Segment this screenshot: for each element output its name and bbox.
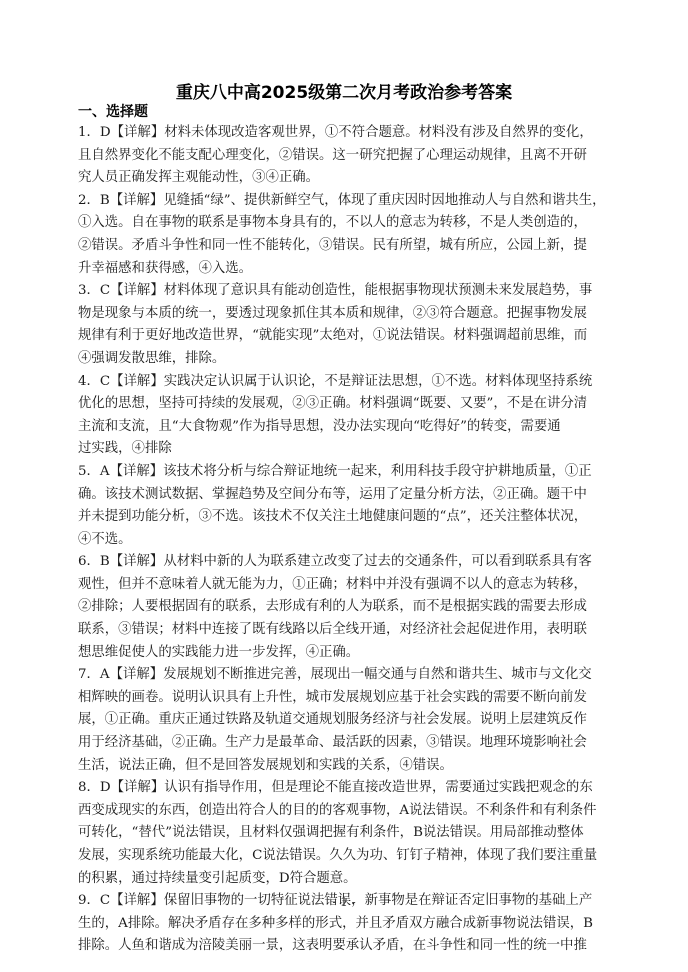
text-line: 联系，③错误；材料中连接了既有线路以后全线开通，对经济社会起促进作用，表明联 bbox=[78, 619, 618, 642]
text-line: 西变成现实的东西，创造出符合人的目的的客观事物，A说法错误。不利条件和有利条件 bbox=[78, 800, 618, 823]
document-title: 重庆八中高2025级第二次月考政治参考答案 bbox=[0, 78, 688, 103]
text-line: 5．A【详解】该技术将分析与综合辩证地统一起来，利用科技手段守护耕地质量，①正 bbox=[78, 461, 618, 484]
text-line: 升幸福感和获得感，④入选。 bbox=[78, 258, 618, 281]
text-line: 可转化，“替代”说法错误，且材料仅强调把握有利条件，B说法错误。用局部推动整体 bbox=[78, 822, 618, 845]
text-line: 4．C【详解】实践决定认识属于认识论，不是辩证法思想，①不选。材料体现坚持系统 bbox=[78, 371, 618, 394]
text-line: 1．D【详解】材料未体现改造客观世界，①不符合题意。材料没有涉及自然界的变化， bbox=[78, 122, 618, 145]
text-line: 且自然界变化不能支配心理变化，②错误。这一研究把握了心理运动规律，且离不开研 bbox=[78, 145, 618, 168]
text-line: 规律有利于更好地改造世界，“就能实现”太绝对，①说法错误。材料强调超前思维，而 bbox=[78, 325, 618, 348]
text-line: 过实践，④排除 bbox=[78, 438, 618, 461]
text-line: 展，①正确。重庆正通过铁路及轨道交通规划服务经济与社会发展。说明上层建筑反作 bbox=[78, 709, 618, 732]
text-line: 生活，说法正确，但不是回答发展规划和实践的关系，④错误。 bbox=[78, 755, 618, 778]
text-line: 相辉映的画卷。说明认识具有上升性，城市发展规划应基于社会实践的需要不断向前发 bbox=[78, 687, 618, 710]
text-line: 7．A【详解】发展规划不断推进完善，展现出一幅交通与自然和谐共生、城市与文化交 bbox=[78, 664, 618, 687]
text-line: 生的，A排除。解决矛盾存在多种多样的形式，并且矛盾双方融合成新事物说法错误，B bbox=[78, 913, 618, 936]
text-line: ④强调发散思维，排除。 bbox=[78, 348, 618, 371]
text-line: 2．B【详解】见缝插“绿”、提供新鲜空气，体现了重庆因时因地推动人与自然和谐共生… bbox=[78, 190, 618, 213]
answer-body: 1．D【详解】材料未体现改造客观世界，①不符合题意。材料没有涉及自然界的变化， … bbox=[78, 122, 618, 958]
text-line: 的积累，通过持续量变引起质变，D符合题意。 bbox=[78, 868, 618, 891]
section-heading: 一、选择题 bbox=[78, 101, 148, 121]
text-line: 物是现象与本质的统一，要透过现象抓住其本质和规律，②③符合题意。把握事物发展 bbox=[78, 303, 618, 326]
text-line: ②错误。矛盾斗争性和同一性不能转化，③错误。民有所望，城有所应，公园上新，提 bbox=[78, 235, 618, 258]
document-page: 重庆八中高2025级第二次月考政治参考答案 一、选择题 1．D【详解】材料未体现… bbox=[0, 0, 688, 972]
text-line: 并未提到功能分析，③不选。该技术不仅关注土地健康问题的“点”，还关注整体状况， bbox=[78, 506, 618, 529]
text-line: 优化的思想，坚持可持续的发展观，②③正确。材料强调“既要、又要”，不是在讲分清 bbox=[78, 393, 618, 416]
text-line: 究人员正确发挥主观能动性，③④正确。 bbox=[78, 167, 618, 190]
text-line: 发展，实现系统功能最大化，C说法错误。久久为功、钉钉子精神，体现了我们要注重量 bbox=[78, 845, 618, 868]
text-line: 8．D【详解】认识有指导作用，但是理论不能直接改造世界，需要通过实践把观念的东 bbox=[78, 777, 618, 800]
text-line: 确。该技术测试数据、掌握趋势及空间分布等，运用了定量分析方法，②正确。题干中 bbox=[78, 484, 618, 507]
text-line: 6．B【详解】从材料中新的人为联系建立改变了过去的交通条件，可以看到联系具有客 bbox=[78, 551, 618, 574]
text-line: 主流和支流，且“大食物观”作为指导思想，没办法实现向“吃得好”的转变，需要通 bbox=[78, 416, 618, 439]
text-line: ④不选。 bbox=[78, 529, 618, 552]
text-line: 想思维促使人的实践能力进一步发挥，④正确。 bbox=[78, 642, 618, 665]
text-line: 用于经济基础，②正确。生产力是最革命、最活跃的因素，③错误。地理环境影响社会 bbox=[78, 732, 618, 755]
text-line: ②排除；人要根据固有的联系，去形成有利的人为联系，而不是根据实践的需要去形成 bbox=[78, 596, 618, 619]
text-line: 观性，但并不意味着人就无能为力，①正确；材料中并没有强调不以人的意志为转移， bbox=[78, 574, 618, 597]
text-line: 3．C【详解】材料体现了意识具有能动创造性，能根据事物现状预测未来发展趋势，事 bbox=[78, 280, 618, 303]
text-line: 排除。人鱼和谐成为涪陵美丽一景，这表明要承认矛盾，在斗争性和同一性的统一中推 bbox=[78, 935, 618, 958]
page-number: - 1 - bbox=[0, 895, 688, 909]
text-line: ①入选。自在事物的联系是事物本身具有的，不以人的意志为转移，不是人类创造的， bbox=[78, 212, 618, 235]
